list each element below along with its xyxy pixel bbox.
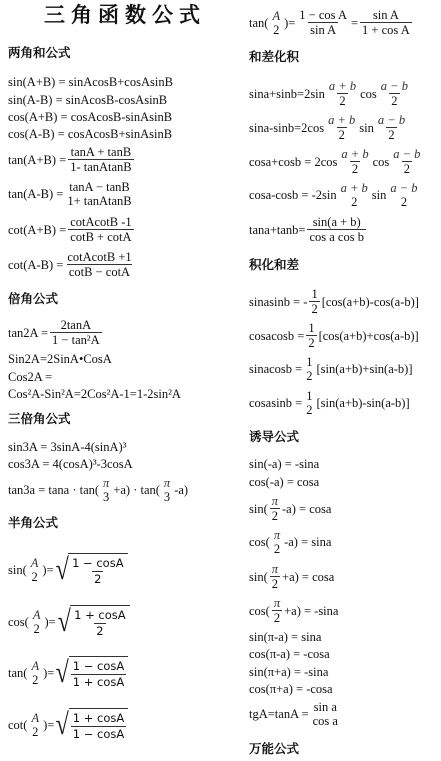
eq: )= xyxy=(44,615,55,629)
lhs: cosa-cosb = -2sin xyxy=(249,188,337,202)
formula-tana-plus-tanb: tana+tanb= sin(a + b)cos a cos b xyxy=(249,215,368,244)
numerator: tanA + tanB xyxy=(69,145,134,159)
lhs: tana+tanb= xyxy=(249,223,305,237)
numerator: sin A xyxy=(371,8,401,22)
rhs: +a) = cosa xyxy=(282,570,334,584)
lhs: tan(A+B) = xyxy=(8,153,66,167)
denominator: 1 + cosA xyxy=(71,674,126,690)
formula-cos-half: cos( A2 )= √1 + cosA2 xyxy=(8,605,130,639)
fn: sin( xyxy=(8,563,27,577)
formula-cos-pi-plus: cos(π+a) = -cosa xyxy=(249,682,333,696)
denominator: 2 xyxy=(349,195,359,209)
fn: tan( xyxy=(249,16,268,30)
pi: π xyxy=(272,596,282,610)
denominator: sin A xyxy=(308,22,338,37)
fn: cos( xyxy=(249,604,270,618)
denominator: 2 xyxy=(386,127,396,142)
denominator: 2 xyxy=(304,369,314,383)
fn: cos( xyxy=(249,535,270,549)
formula-cos2a-lhs: Cos2A = xyxy=(8,370,52,384)
eq: )= xyxy=(284,16,295,30)
denominator: 2 xyxy=(389,93,399,108)
formula-sin-diff: sin(A-B) = sinAcosB-cosAsinB xyxy=(8,93,167,107)
formula-sin-sum: sin(A+B) = sinAcosB+cosAsinB xyxy=(8,75,173,89)
numerator: A xyxy=(29,711,41,725)
formula-cos-pi2-minus: cos( π2 -a) = sina xyxy=(249,528,331,556)
heading-sum-angle: 两角和公式 xyxy=(8,46,71,60)
formula-sin-half: sin( A2 )= √1 − cosA2 xyxy=(8,553,128,587)
formula-sin3a: sin3A = 3sinA-4(sinA)³ xyxy=(8,440,126,454)
numerator: A xyxy=(29,659,41,673)
denominator: 2 xyxy=(32,622,42,636)
sqrt: √1 + cosA2 xyxy=(56,605,130,639)
numerator: sin a xyxy=(312,700,339,714)
numerator: cotAcotB -1 xyxy=(68,215,133,229)
numerator: 1 + cosA xyxy=(71,711,126,726)
denominator: 3 xyxy=(162,490,172,504)
denominator: 2 xyxy=(309,301,319,316)
formula-sin-pi-plus: sin(π+a) = -sina xyxy=(249,665,328,679)
eq: )= xyxy=(43,666,54,680)
eq: )= xyxy=(42,563,53,577)
lhs: sina-sinb=2cos xyxy=(249,121,324,135)
numerator: 1 xyxy=(309,287,319,301)
formula-cosa-plus-cosb: cosa+cosb = 2cos a + b2 cos a − b2 xyxy=(249,147,424,176)
denominator: 2 xyxy=(30,725,40,739)
denominator: 1 − cosA xyxy=(71,726,126,742)
denominator: 2 xyxy=(272,610,282,625)
lhs: sina+sinb=2sin xyxy=(249,87,325,101)
formula-sina-plus-sinb: sina+sinb=2sin a + b2 cos a − b2 xyxy=(249,79,412,108)
eq: )= xyxy=(43,718,54,732)
numerator: A xyxy=(29,556,41,570)
formula-cos2a-rhs: Cos²A-Sin²A=2Cos²A-1=1-2sin²A xyxy=(8,387,181,401)
denominator: 2 xyxy=(337,93,347,108)
denominator: 2 xyxy=(92,571,103,587)
numerator: A xyxy=(270,9,282,23)
denominator: cos a cos b xyxy=(307,229,366,244)
formula-sin-pi2-plus: sin( π2 +a) = cosa xyxy=(249,562,334,591)
lhs: cot(A+B) = xyxy=(8,223,66,237)
formula-cos-pi2-plus: cos( π2 +a) = -sina xyxy=(249,596,338,625)
sqrt: √1 − cosA1 + cosA xyxy=(54,656,128,690)
formula-cot-sum: cot(A+B) = cotAcotB -1cotB + cotA xyxy=(8,215,136,244)
denominator: 2 xyxy=(304,403,314,417)
mid: sin xyxy=(359,121,374,135)
lhs: cosa+cosb = 2cos xyxy=(249,155,337,169)
part: tan3a = tana · tan( xyxy=(8,483,99,497)
rhs: [sin(a+b)-sin(a-b)] xyxy=(316,396,409,410)
rhs: -a) = sina xyxy=(284,535,331,549)
denominator: 1 − tan²A xyxy=(50,332,102,347)
denominator: cotB − cotA xyxy=(67,264,132,279)
eq: = xyxy=(351,16,358,30)
formula-cos-diff: cos(A-B) = cosAcosB+sinAsinB xyxy=(8,127,172,141)
formula-cos-sum: cos(A+B) = cosAcosB-sinAsinB xyxy=(8,110,172,124)
rhs: -a) = cosa xyxy=(282,502,331,516)
mid: cos xyxy=(373,155,390,169)
rhs: [sin(a+b)+sin(a-b)] xyxy=(316,362,412,376)
formula-cot-diff: cot(A-B) = cotAcotB +1cotB − cotA xyxy=(8,250,136,279)
formula-tan-diff: tan(A-B) = tanA − tanB1+ tanAtanB xyxy=(8,180,136,208)
fn: sin( xyxy=(249,570,268,584)
numerator: 1 + cosA xyxy=(72,608,127,623)
formula-tan-sum: tan(A+B) = tanA + tanB1- tanAtanB xyxy=(8,145,136,174)
lhs: tgA=tanA = xyxy=(249,707,309,721)
numerator: a + b xyxy=(339,181,370,195)
heading-product-to-sum: 积化和差 xyxy=(249,258,299,272)
formula-sinacosb: sinacosb = 12 [sin(a+b)+sin(a-b)] xyxy=(249,355,413,383)
pi: π xyxy=(270,494,280,508)
formula-tan-half: tan( A2 )= √1 − cosA1 + cosA xyxy=(8,656,128,690)
formula-sin-pi-minus: sin(π-a) = sina xyxy=(249,630,321,644)
page-title: 三角函数公式 xyxy=(44,8,206,22)
denominator: 1+ tanAtanB xyxy=(65,194,133,208)
numerator: a − b xyxy=(388,181,419,195)
numerator: A xyxy=(31,608,43,622)
part: +a) · tan( xyxy=(113,483,160,497)
heading-universal: 万能公式 xyxy=(249,742,299,756)
sqrt: √1 + cosA1 − cosA xyxy=(54,708,128,742)
numerator: 2tanA xyxy=(59,318,94,332)
pi: π xyxy=(162,476,172,490)
denominator: 3 xyxy=(101,490,111,504)
numerator: a − b xyxy=(379,79,410,93)
mid: sin xyxy=(372,188,387,202)
formula-cos3a: cos3A = 4(cosA)³-3cosA xyxy=(8,457,133,471)
heading-sum-to-product: 和差化积 xyxy=(249,50,299,64)
formula-tan-half-alt: tan( A2 )= 1 − cos Asin A = sin A1 + cos… xyxy=(249,8,414,37)
numerator: 1 − cos A xyxy=(297,8,349,22)
denominator: 2 xyxy=(402,161,412,176)
denominator: 2 xyxy=(337,127,347,142)
heading-half-angle: 半角公式 xyxy=(8,516,58,530)
formula-sin2a: Sin2A=2SinA•CosA xyxy=(8,352,112,366)
fn: cot( xyxy=(8,718,27,732)
lhs: tan2A = xyxy=(8,326,48,340)
lhs: cosasinb = xyxy=(249,396,302,410)
formula-sin-neg: sin(-a) = -sina xyxy=(249,457,319,471)
lhs: cosacosb = xyxy=(249,329,304,343)
formula-cosacosb: cosacosb = 12 [cos(a+b)+cos(a-b)] xyxy=(249,321,419,350)
numerator: 1 xyxy=(304,389,314,403)
denominator: cotB + cotA xyxy=(68,229,133,244)
formula-sin-pi2-minus: sin( π2 -a) = cosa xyxy=(249,494,331,523)
denominator: 2 xyxy=(306,335,316,350)
formula-tan2a: tan2A = 2tanA1 − tan²A xyxy=(8,318,104,347)
rhs: [cos(a+b)+cos(a-b)] xyxy=(319,329,419,343)
numerator: a − b xyxy=(391,147,422,161)
formula-sina-minus-sinb: sina-sinb=2cos a + b2 sin a − b2 xyxy=(249,113,409,142)
mid: cos xyxy=(360,87,377,101)
numerator: 1 xyxy=(306,321,316,335)
formula-cot-half: cot( A2 )= √1 + cosA1 − cosA xyxy=(8,708,128,742)
denominator: 1 + cos A xyxy=(360,22,412,37)
numerator: sin(a + b) xyxy=(311,215,363,229)
denominator: 2 xyxy=(350,161,360,176)
part: -a) xyxy=(174,483,188,497)
lhs: sinacosb = xyxy=(249,362,302,376)
denominator: 2 xyxy=(270,576,280,591)
numerator: 1 − cosA xyxy=(71,659,126,674)
heading-induction: 诱导公式 xyxy=(249,430,299,444)
numerator: 1 xyxy=(304,355,314,369)
denominator: 2 xyxy=(272,542,282,556)
formula-cos-pi-minus: cos(π-a) = -cosa xyxy=(249,647,330,661)
heading-triple-angle: 三倍角公式 xyxy=(8,412,71,426)
denominator: 1- tanAtanB xyxy=(68,159,133,174)
lhs: tan(A-B) = xyxy=(8,187,63,201)
numerator: a + b xyxy=(326,113,357,127)
rhs: [cos(a+b)-cos(a-b)] xyxy=(322,295,419,309)
denominator: 2 xyxy=(94,623,105,639)
formula-cosasinb: cosasinb = 12 [sin(a+b)-sin(a-b)] xyxy=(249,389,410,417)
denominator: 2 xyxy=(270,508,280,523)
lhs: sinasinb = - xyxy=(249,295,307,309)
rhs: +a) = -sina xyxy=(284,604,338,618)
fn: sin( xyxy=(249,502,268,516)
numerator: tanA − tanB xyxy=(67,180,132,194)
numerator: a + b xyxy=(339,147,370,161)
numerator: 1 − cosA xyxy=(70,556,125,571)
fn: tan( xyxy=(8,666,27,680)
pi: π xyxy=(272,528,282,542)
denominator: cos a xyxy=(311,714,340,728)
formula-sinasinb: sinasinb = - 12 [cos(a+b)-cos(a-b)] xyxy=(249,287,419,316)
sqrt: √1 − cosA2 xyxy=(54,553,128,587)
denominator: 2 xyxy=(271,23,281,37)
numerator: a − b xyxy=(376,113,407,127)
lhs: cot(A-B) = xyxy=(8,258,63,272)
pi: π xyxy=(101,476,111,490)
formula-cos-neg: cos(-a) = cosa xyxy=(249,475,319,489)
pi: π xyxy=(270,562,280,576)
denominator: 2 xyxy=(29,570,39,584)
formula-tan3a: tan3a = tana · tan( π3 +a) · tan( π3 -a) xyxy=(8,476,188,504)
heading-double-angle: 倍角公式 xyxy=(8,292,58,306)
formula-tg: tgA=tanA = sin acos a xyxy=(249,700,342,728)
formula-cosa-minus-cosb: cosa-cosb = -2sin a + b2 sin a − b2 xyxy=(249,181,422,209)
fn: cos( xyxy=(8,615,29,629)
numerator: cotAcotB +1 xyxy=(65,250,133,264)
denominator: 2 xyxy=(30,673,40,687)
denominator: 2 xyxy=(399,195,409,209)
numerator: a + b xyxy=(327,79,358,93)
